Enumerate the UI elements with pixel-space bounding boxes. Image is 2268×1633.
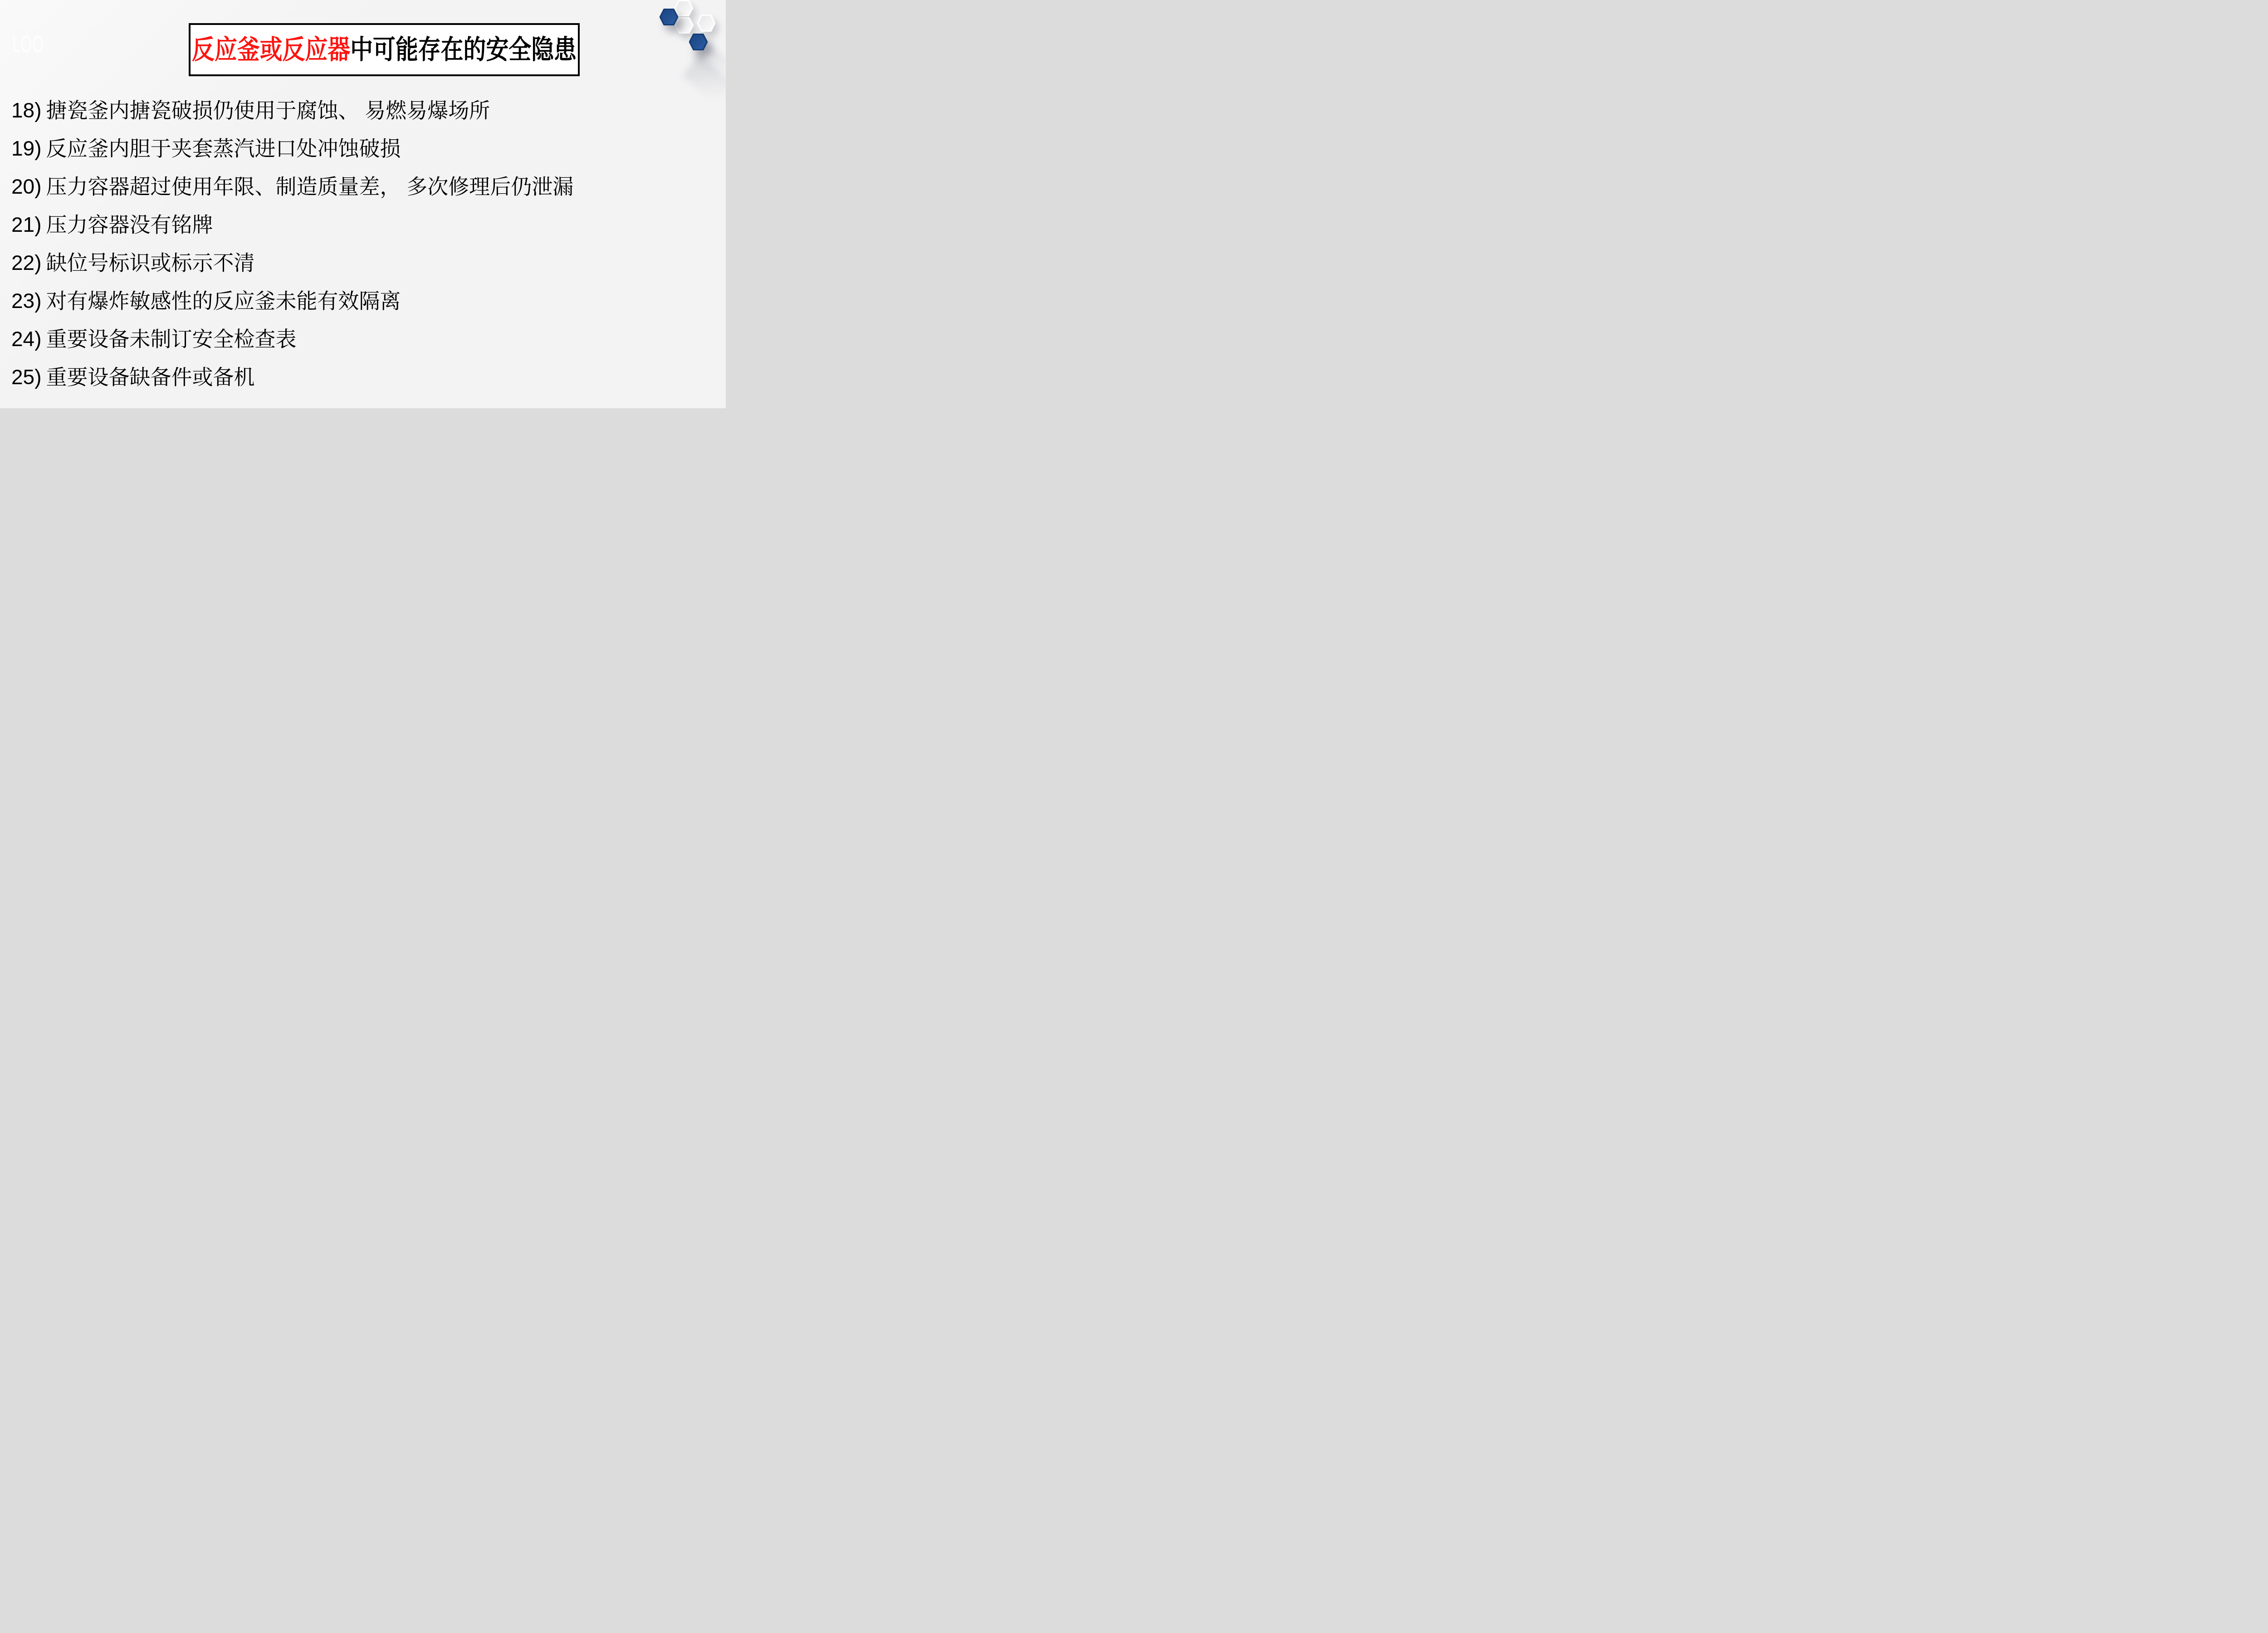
logo-text: LOO (12, 33, 44, 56)
item-number: 21) (11, 205, 41, 244)
list-item-18: 18)搪瓷釜内搪瓷破损仍使用于腐蚀、 易燃易爆场所 (11, 91, 573, 129)
list-item-23: 23)对有爆炸敏感性的反应釜未能有效隔离 (11, 282, 573, 320)
presentation-slide: LOO 反应釜或反应器中可能存在的安全隐患 18)搪瓷釜内搪瓷破损仍使用于腐蚀、… (0, 0, 726, 408)
item-number: 23) (11, 282, 41, 320)
list-item-24: 24)重要设备未制订安全检查表 (11, 320, 573, 358)
list-item-20: 20)压力容器超过使用年限、制造质量差， 多次修理后仍泄漏 (11, 167, 573, 205)
item-text: 压力容器没有铭牌 (46, 213, 213, 236)
list-item-22: 22)缺位号标识或标示不清 (11, 244, 573, 282)
item-text: 缺位号标识或标示不清 (46, 251, 254, 274)
item-number: 19) (11, 129, 41, 167)
item-text: 反应釜内胆于夹套蒸汽进口处冲蚀破损 (46, 137, 401, 160)
title-box: 反应釜或反应器中可能存在的安全隐患 (189, 23, 580, 76)
list-item-21: 21)压力容器没有铭牌 (11, 205, 573, 244)
item-text: 重要设备缺备件或备机 (46, 365, 254, 389)
item-number: 22) (11, 244, 41, 282)
item-text: 对有爆炸敏感性的反应釜未能有效隔离 (46, 289, 401, 313)
hexagon-white-icon (697, 15, 715, 32)
item-text: 压力容器超过使用年限、制造质量差， 多次修理后仍泄漏 (46, 175, 573, 198)
hazard-list: 18)搪瓷釜内搪瓷破损仍使用于腐蚀、 易燃易爆场所 19)反应釜内胆于夹套蒸汽进… (11, 91, 573, 396)
item-number: 18) (11, 91, 41, 129)
title-highlight: 反应釜或反应器 (192, 35, 350, 64)
item-number: 24) (11, 320, 41, 358)
list-item-19: 19)反应釜内胆于夹套蒸汽进口处冲蚀破损 (11, 129, 573, 167)
item-text: 重要设备未制订安全检查表 (46, 327, 296, 351)
page-title: 反应釜或反应器中可能存在的安全隐患 (192, 37, 577, 63)
hexagon-blue-icon (660, 9, 678, 25)
hexagon-shadow-streak (682, 54, 726, 117)
list-item-25: 25)重要设备缺备件或备机 (11, 358, 573, 396)
title-rest: 中可能存在的安全隐患 (350, 35, 577, 64)
hexagon-blue-icon (689, 34, 708, 50)
item-number: 25) (11, 358, 41, 396)
item-text: 搪瓷釜内搪瓷破损仍使用于腐蚀、 易燃易爆场所 (46, 98, 490, 122)
item-number: 20) (11, 167, 41, 205)
